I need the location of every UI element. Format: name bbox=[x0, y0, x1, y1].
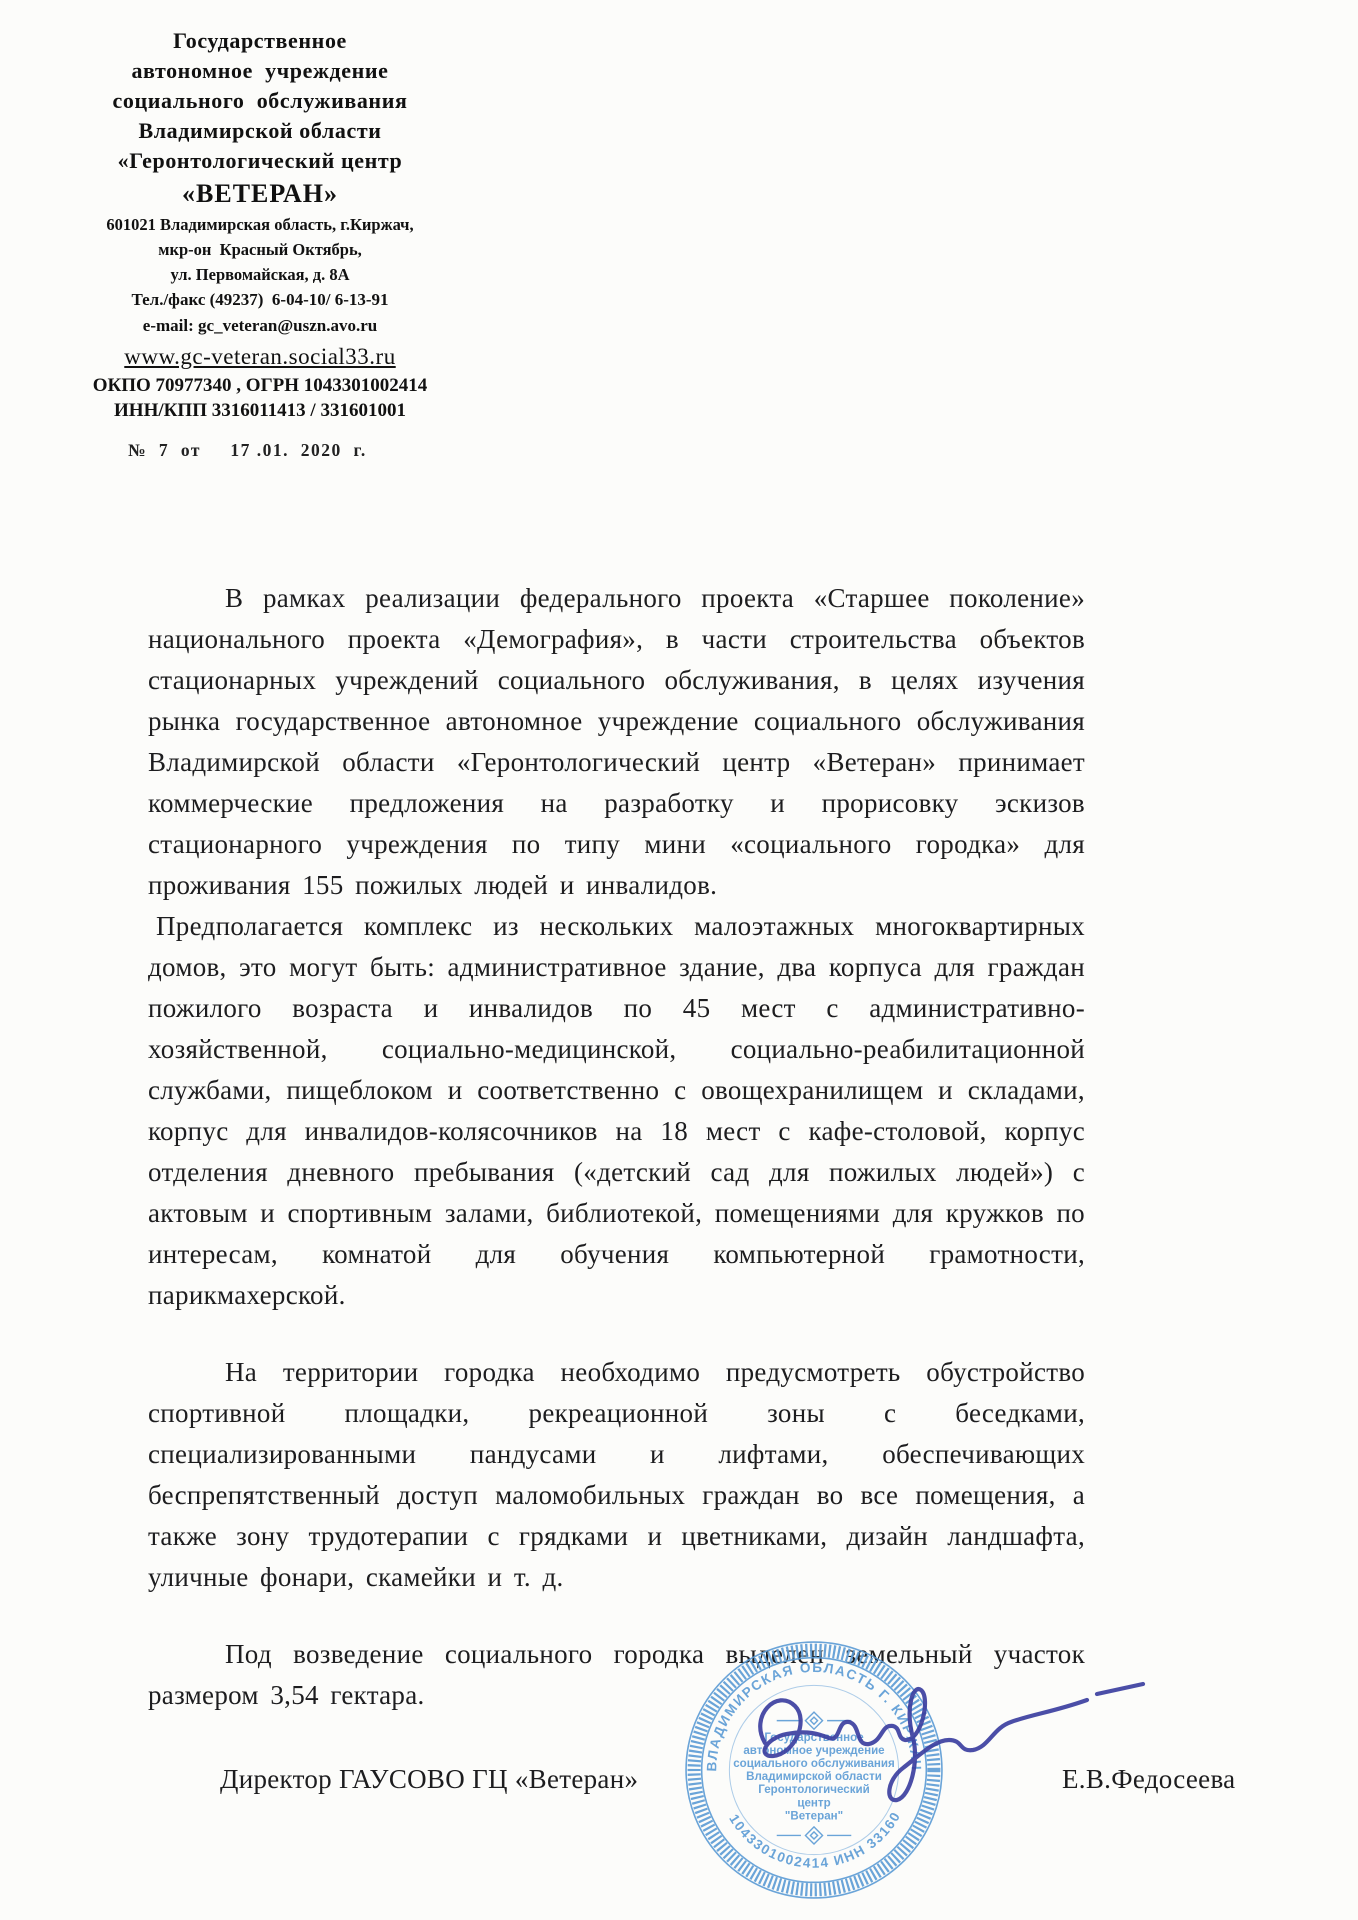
org-name-line: Государственное bbox=[55, 26, 465, 56]
paragraph-2: Предполагается комплекс из нескольких ма… bbox=[148, 906, 1085, 1316]
paragraph-3: На территории городка необходимо предусм… bbox=[148, 1352, 1085, 1598]
email-line: e-mail: gc_veteran@uszn.avo.ru bbox=[55, 313, 465, 339]
org-name-line: «Геронтологический центр bbox=[55, 146, 465, 176]
org-name-line: автономное учреждение bbox=[55, 56, 465, 86]
letter-page: Государственное автономное учреждение со… bbox=[0, 0, 1358, 1920]
address-line: мкр-он Красный Октябрь, bbox=[55, 237, 465, 262]
address-line: ул. Первомайская, д. 8А bbox=[55, 262, 465, 287]
ref-number-date: № 7 от 17 .01. 2020 г. bbox=[128, 440, 367, 461]
org-name-veteran: «ВЕТЕРАН» bbox=[55, 176, 465, 212]
letterhead: Государственное автономное учреждение со… bbox=[55, 26, 465, 423]
stamp-ornament-bottom bbox=[777, 1827, 852, 1844]
org-name-line: Владимирской области bbox=[55, 116, 465, 146]
phone-fax-line: Тел./факс (49237) 6-04-10/ 6-13-91 bbox=[55, 287, 465, 313]
address-line: 601021 Владимирская область, г.Киржач, bbox=[55, 212, 465, 237]
letter-body: В рамках реализации федерального проекта… bbox=[148, 578, 1085, 1716]
org-name-line: социального обслуживания bbox=[55, 86, 465, 116]
paragraph-1: В рамках реализации федерального проекта… bbox=[148, 578, 1085, 906]
director-title: Директор ГАУСОВО ГЦ «Ветеран» bbox=[220, 1764, 638, 1795]
website-url: www.gc-veteran.social33.ru bbox=[55, 341, 465, 373]
inn-kpp-line: ИНН/КПП 3316011413 / 331601001 bbox=[55, 398, 465, 423]
director-signature-ink bbox=[735, 1668, 1165, 1818]
okpo-ogrn-line: ОКПО 70977340 , ОГРН 1043301002414 bbox=[55, 373, 465, 398]
